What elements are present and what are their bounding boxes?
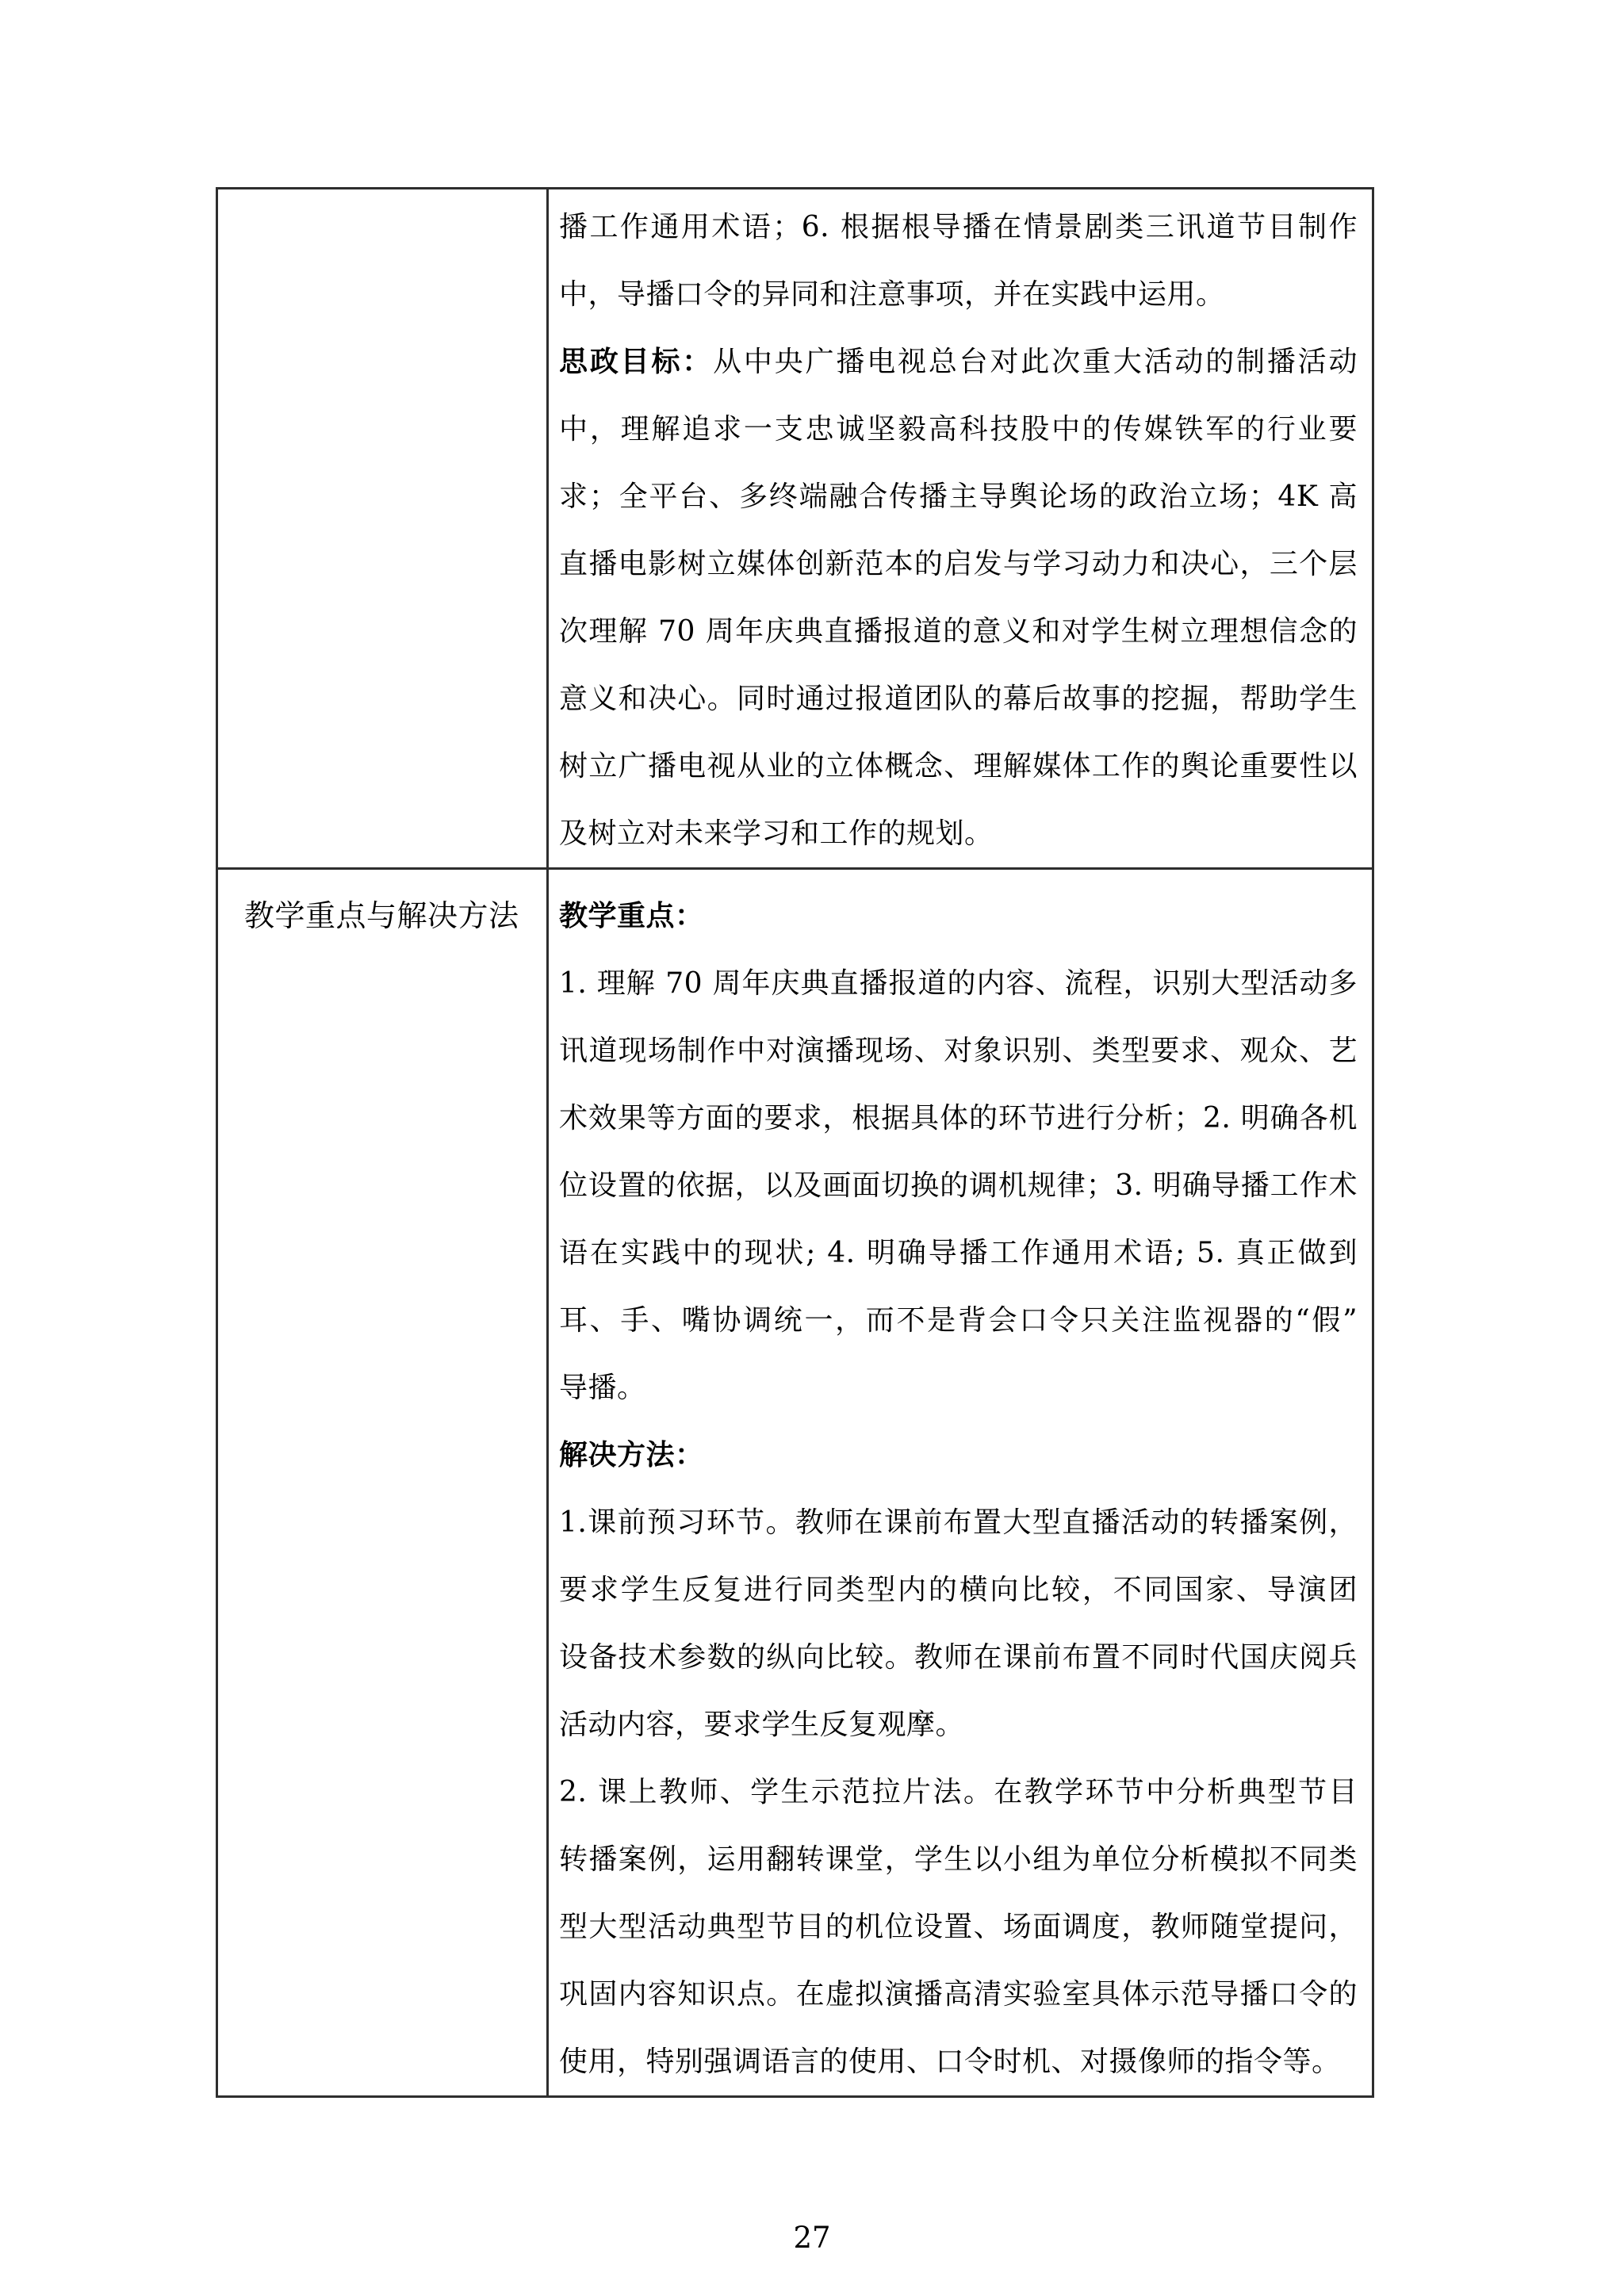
text-line: 中，理解追求一支忠诚坚毅高科技股中的传媒铁军的行业要 (559, 396, 1358, 463)
text-line: 型大型活动典型节目的机位设置、场面调度，教师随堂提问， (559, 1893, 1358, 1961)
text-line: 思政目标：从中央广播电视总台对此次重大活动的制播活动 (559, 328, 1358, 396)
text-line: 巩固内容知识点。在虚拟演播高清实验室具体示范导播口令的 (559, 1961, 1358, 2028)
row-header-label: 教学重点与解决方法 (244, 882, 530, 950)
text-line: 设备技术参数的纵向比较。教师在课前布置不同时代国庆阅兵 (559, 1624, 1358, 1691)
bold-lead: 思政目标： (559, 345, 713, 378)
text-line: 活动内容，要求学生反复观摩。 (559, 1691, 1358, 1758)
text-line: 要求学生反复进行同类型内的横向比较，不同国家、导演团队、 (559, 1556, 1358, 1624)
text-line: 1. 理解 70 周年庆典直播报道的内容、流程，识别大型活动多 (559, 950, 1358, 1017)
table-row: 教学重点与解决方法教学重点：1. 理解 70 周年庆典直播报道的内容、流程，识别… (218, 867, 1372, 2095)
text-line: 1.课前预习环节。教师在课前布置大型直播活动的转播案例， (559, 1489, 1358, 1556)
text-line: 2. 课上教师、学生示范拉片法。在教学环节中分析典型节目 (559, 1758, 1358, 1826)
text-line: 树立广播电视从业的立体概念、理解媒体工作的舆论重要性以 (559, 733, 1358, 800)
text-line: 直播电影树立媒体创新范本的启发与学习动力和决心，三个层 (559, 530, 1358, 598)
text-line: 教学重点： (559, 882, 1358, 950)
text-line: 位设置的依据，以及画面切换的调机规律；3. 明确导播工作术 (559, 1152, 1358, 1219)
text-line: 语在实践中的现状; 4. 明确导播工作通用术语; 5. 真正做到眼、 (559, 1219, 1358, 1287)
text-line: 次理解 70 周年庆典直播报道的意义和对学生树立理想信念的 (559, 598, 1358, 665)
text-line: 导播。 (559, 1354, 1358, 1422)
text-line: 及树立对未来学习和工作的规划。 (559, 800, 1358, 867)
row-header-cell (218, 189, 549, 867)
table-row: 播工作通用术语；6. 根据根导播在情景剧类三讯道节目制作中，导播口令的异同和注意… (218, 189, 1372, 867)
text-line: 讯道现场制作中对演播现场、对象识别、类型要求、观众、艺 (559, 1017, 1358, 1085)
text-line: 耳、手、嘴协调统一，而不是背会口令只关注监视器的“假” (559, 1287, 1358, 1354)
text-line: 意义和决心。同时通过报道团队的幕后故事的挖掘，帮助学生 (559, 665, 1358, 733)
document-page: 播工作通用术语；6. 根据根导播在情景剧类三讯道节目制作中，导播口令的异同和注意… (0, 0, 1624, 2296)
text-line: 播工作通用术语；6. 根据根导播在情景剧类三讯道节目制作 (559, 193, 1358, 261)
text-line: 中，导播口令的异同和注意事项，并在实践中运用。 (559, 261, 1358, 328)
text-line: 解决方法： (559, 1422, 1358, 1489)
text-line: 求；全平台、多终端融合传播主导舆论场的政治立场；4K 高清 (559, 463, 1358, 530)
page-number: 27 (0, 2218, 1624, 2258)
text-line: 转播案例，运用翻转课堂，学生以小组为单位分析模拟不同类 (559, 1826, 1358, 1893)
lesson-plan-table: 播工作通用术语；6. 根据根导播在情景剧类三讯道节目制作中，导播口令的异同和注意… (216, 187, 1374, 2098)
bold-lead: 解决方法： (559, 1438, 704, 1471)
text-line: 使用，特别强调语言的使用、口令时机、对摄像师的指令等。 (559, 2028, 1358, 2095)
text-line: 术效果等方面的要求，根据具体的环节进行分析；2. 明确各机 (559, 1085, 1358, 1152)
row-content-cell: 教学重点：1. 理解 70 周年庆典直播报道的内容、流程，识别大型活动多讯道现场… (549, 870, 1372, 2095)
row-header-cell: 教学重点与解决方法 (218, 870, 549, 2095)
bold-lead: 教学重点： (559, 899, 704, 932)
row-content-cell: 播工作通用术语；6. 根据根导播在情景剧类三讯道节目制作中，导播口令的异同和注意… (549, 189, 1372, 867)
